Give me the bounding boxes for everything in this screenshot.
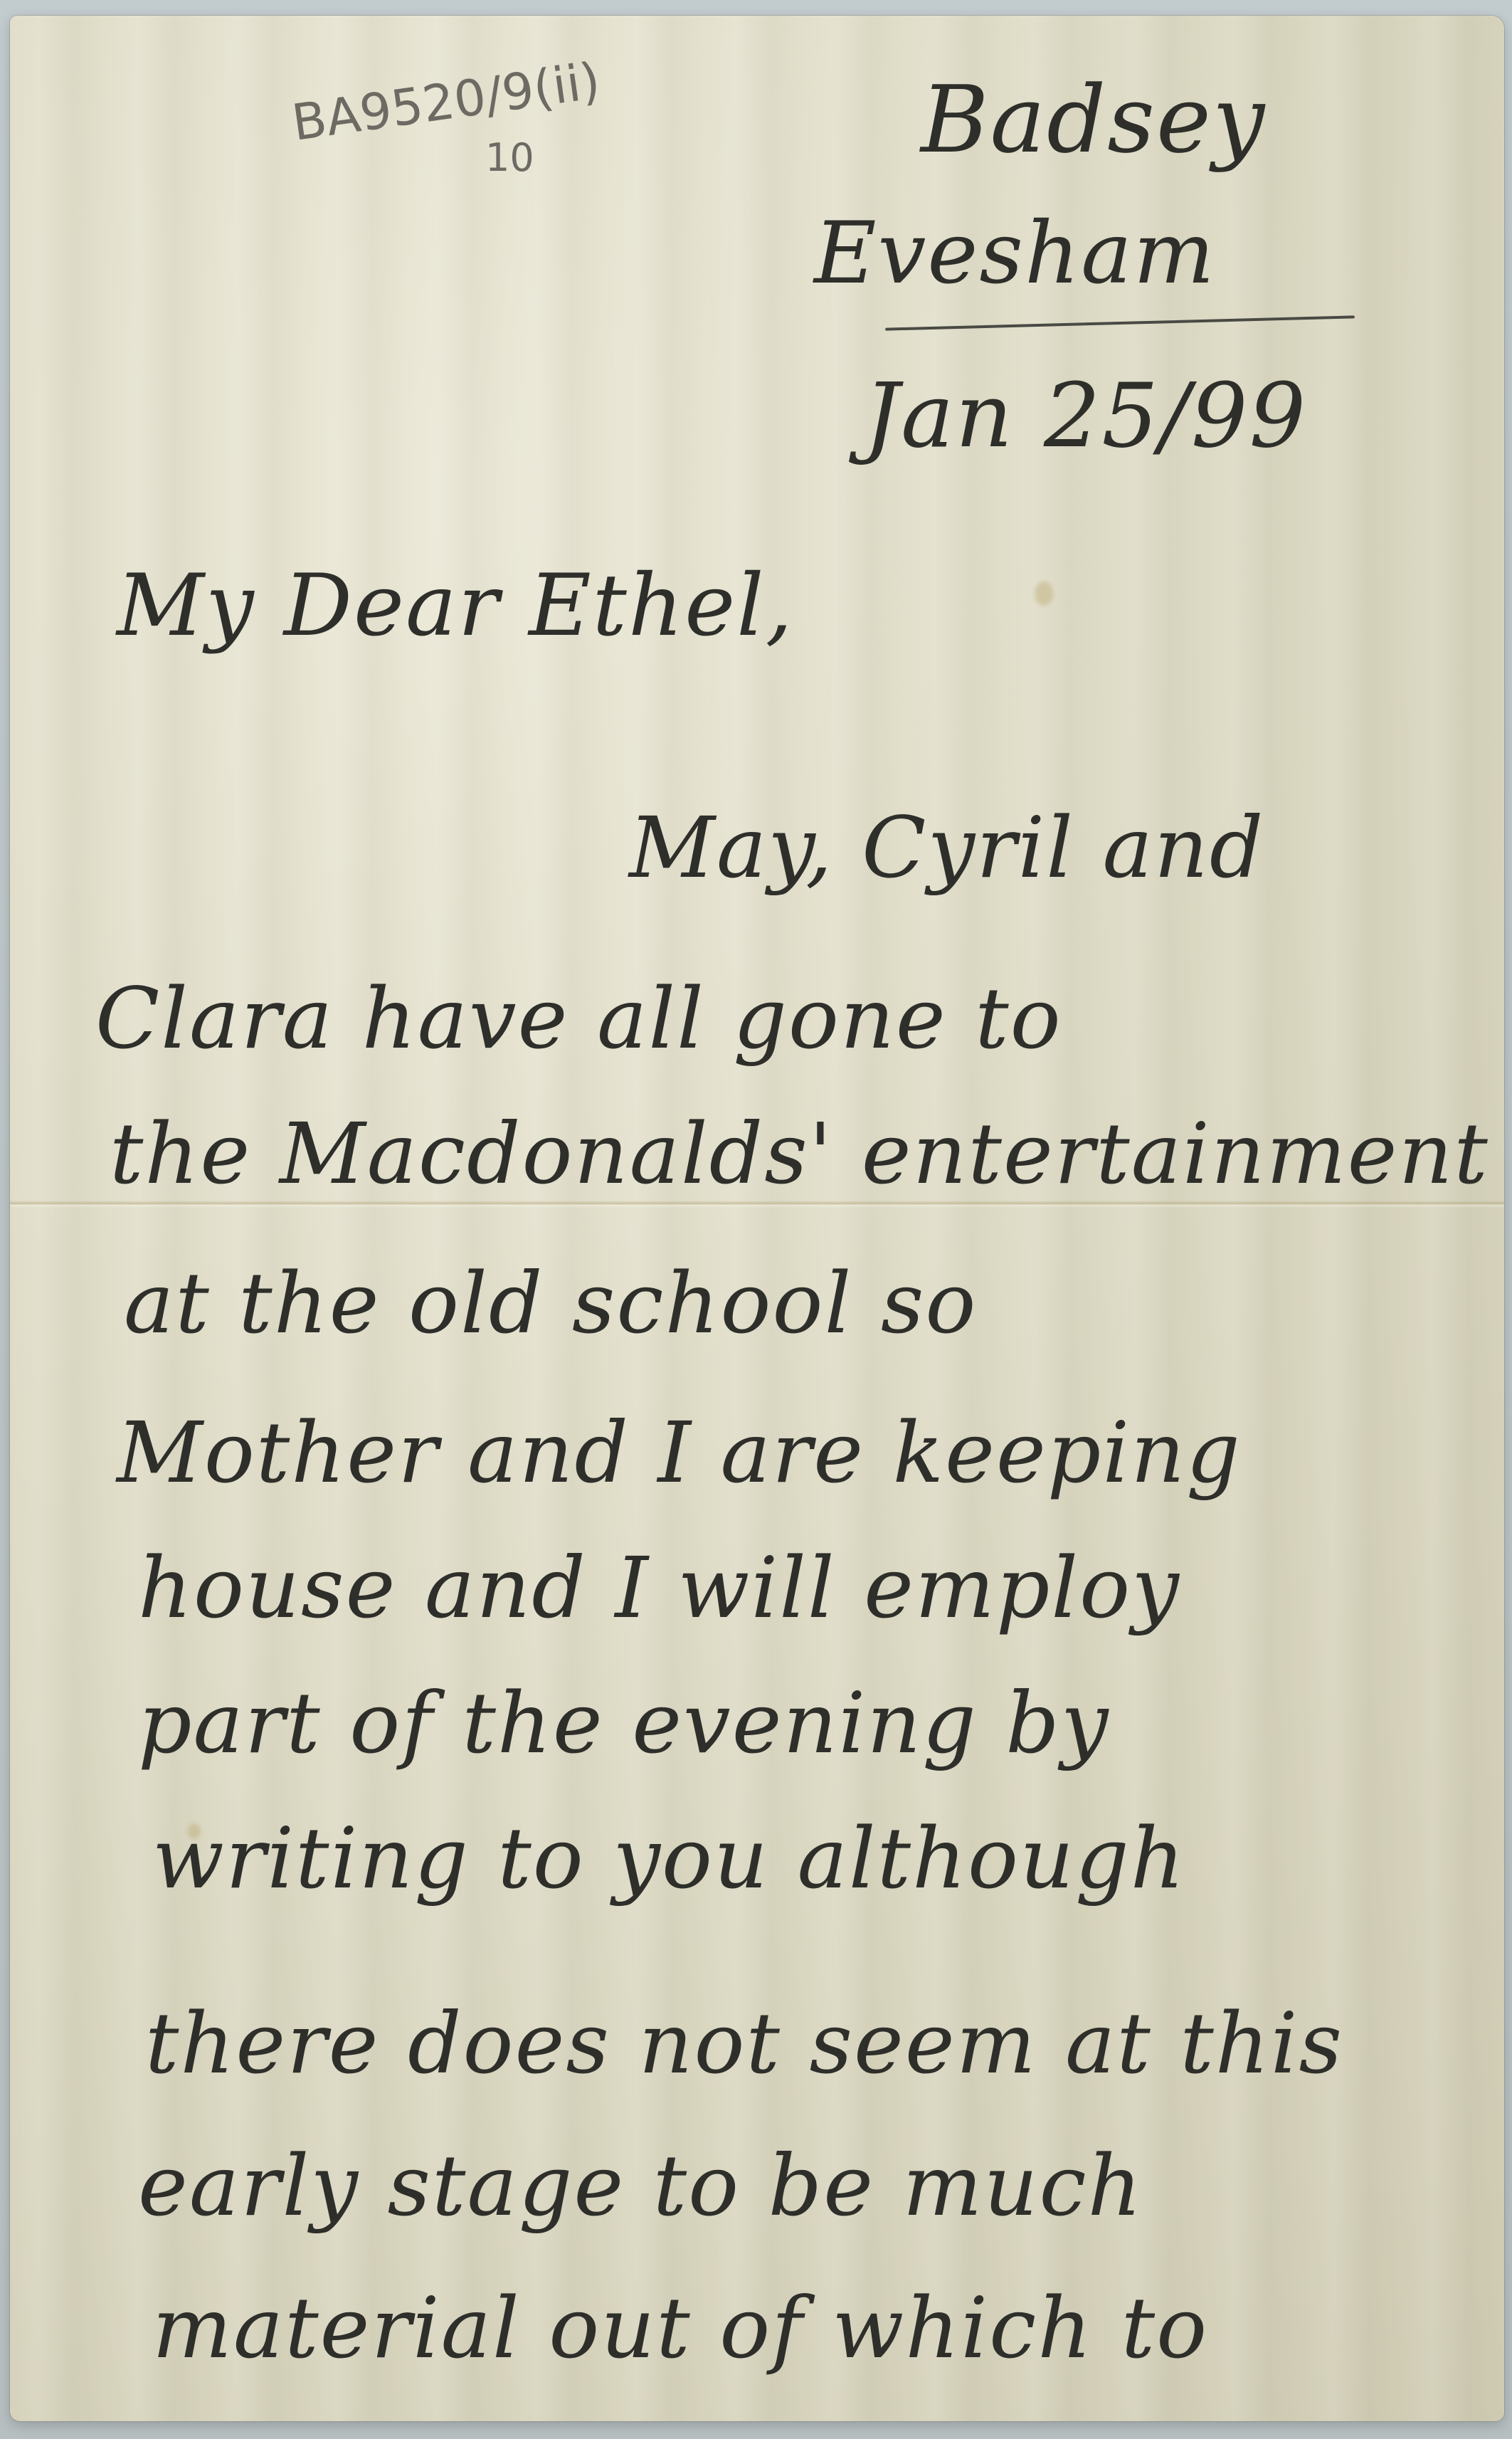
address-underline: [885, 315, 1355, 330]
body-line: part of the evening by: [138, 1674, 1110, 1772]
archive-page-number: 10: [485, 135, 534, 180]
salutation: My Dear Ethel,: [117, 557, 794, 655]
paper-stain: [1035, 581, 1053, 606]
letter-page: BA9520/9(ii) 10 Badsey Evesham Jan 25/99…: [10, 16, 1504, 2421]
body-line: at the old school so: [124, 1254, 977, 1352]
body-line: there does not seem at this: [145, 1994, 1343, 2092]
address-line-1: Badsey: [921, 65, 1266, 174]
body-line: May, Cyril and: [629, 799, 1264, 897]
body-line: early stage to be much: [138, 2137, 1143, 2235]
body-line: house and I will employ: [138, 1539, 1180, 1637]
body-line: writing to you although: [152, 1809, 1186, 1907]
letter-date: Jan 25/99: [864, 364, 1307, 468]
body-line: Clara have all gone to: [95, 969, 1062, 1068]
body-line: the Macdonalds' entertainment: [110, 1105, 1489, 1203]
address-line-2: Evesham: [814, 204, 1216, 303]
body-line: material out of which to: [152, 2279, 1208, 2377]
body-line: Mother and I are keeping: [117, 1403, 1242, 1502]
archive-reference-number: BA9520/9(ii): [288, 51, 603, 152]
